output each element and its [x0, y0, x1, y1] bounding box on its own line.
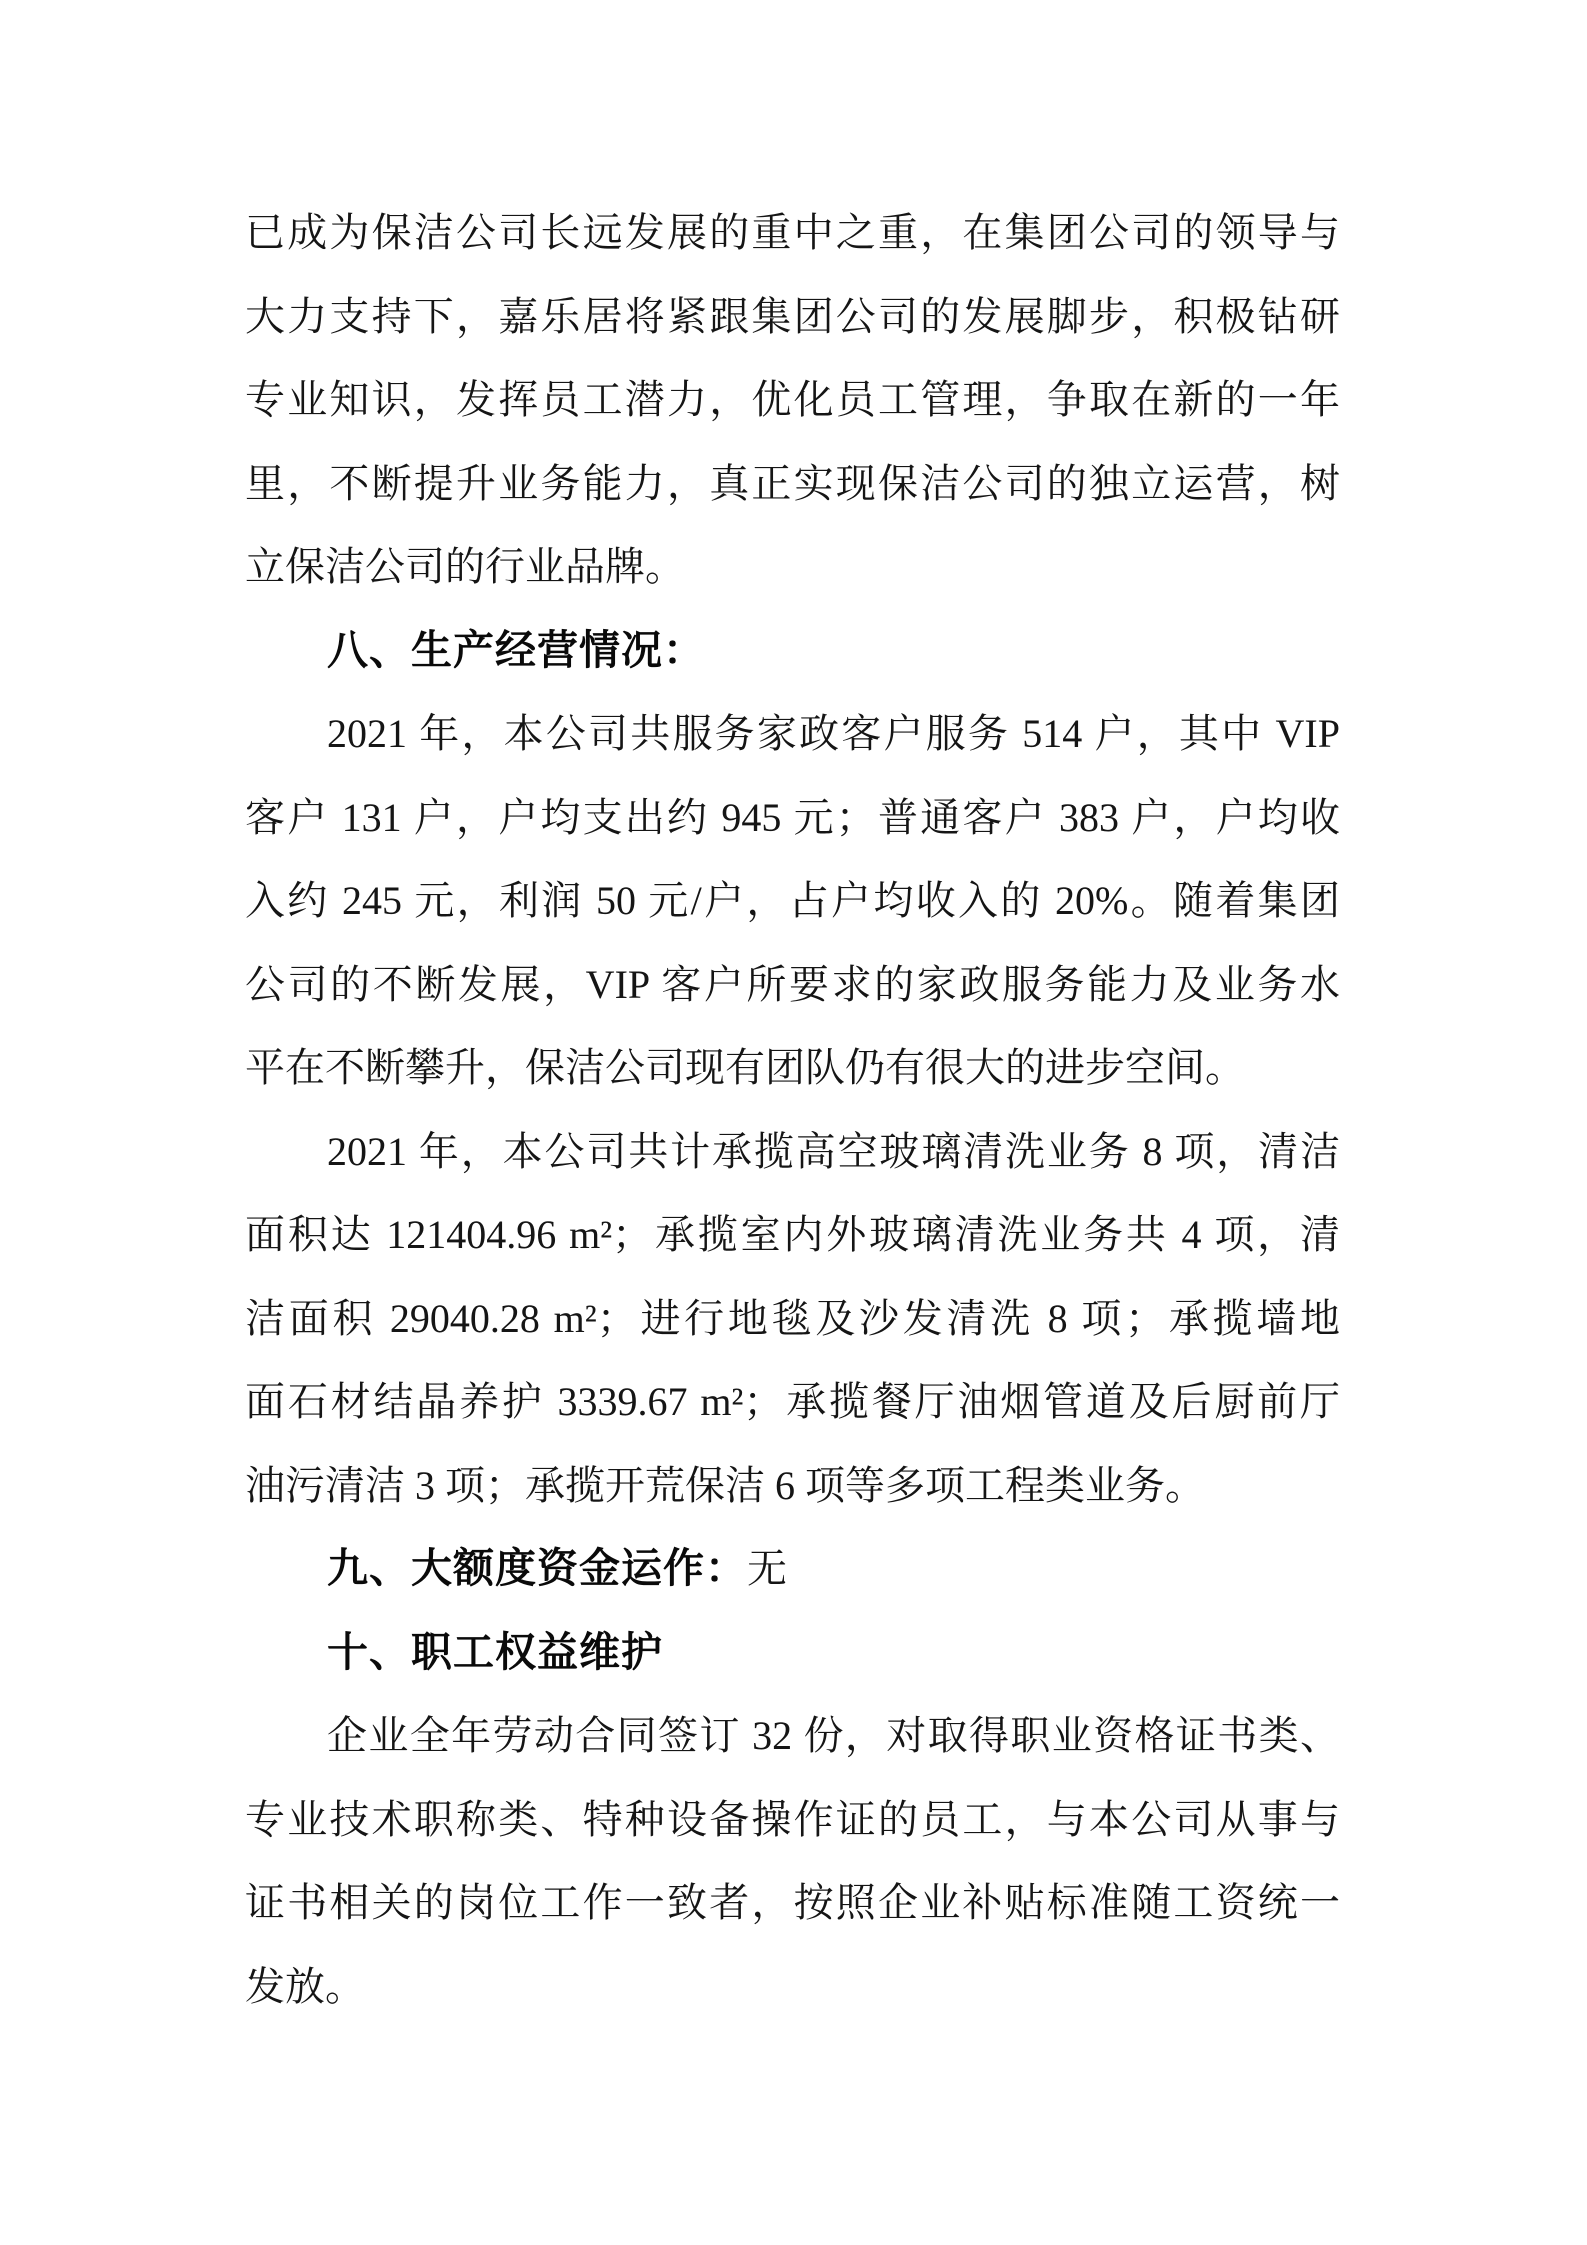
paragraph: 已成为保洁公司长远发展的重中之重，在集团公司的领导与 大力支持下，嘉乐居将紧跟集…: [245, 191, 1340, 609]
paragraph-line: 2021 年，本公司共计承揽高空玻璃清洗业务 8 项，清洁: [245, 1110, 1340, 1194]
paragraph-line: 大力支持下，嘉乐居将紧跟集团公司的发展脚步，积极钻研: [245, 275, 1340, 359]
paragraph-line: 立保洁公司的行业品牌。: [245, 525, 1340, 609]
section-heading-employee-rights: 十、职工权益维护: [245, 1611, 1340, 1695]
section-heading-value: 无: [747, 1546, 787, 1591]
section-heading-label: 九、大额度资金运作：: [327, 1544, 747, 1592]
paragraph-line: 里，不断提升业务能力，真正实现保洁公司的独立运营，树: [245, 442, 1340, 526]
paragraph-line: 客户 131 户，户均支出约 945 元；普通客户 383 户，户均收: [245, 776, 1340, 860]
paragraph-line: 洁面积 29040.28 m²；进行地毯及沙发清洗 8 项；承揽墙地: [245, 1277, 1340, 1361]
paragraph-line: 油污清洁 3 项；承揽开荒保洁 6 项等多项工程类业务。: [245, 1444, 1340, 1528]
paragraph-line: 入约 245 元，利润 50 元/户，占户均收入的 20%。随着集团: [245, 859, 1340, 943]
section-heading-large-fund-operations: 九、大额度资金运作：无: [245, 1527, 1340, 1611]
document-body: 已成为保洁公司长远发展的重中之重，在集团公司的领导与 大力支持下，嘉乐居将紧跟集…: [245, 191, 1340, 2028]
paragraph-line: 面积达 121404.96 m²；承揽室内外玻璃清洗业务共 4 项，清: [245, 1193, 1340, 1277]
paragraph: 2021 年，本公司共服务家政客户服务 514 户，其中 VIP 客户 131 …: [245, 692, 1340, 1110]
paragraph-line: 专业技术职称类、特种设备操作证的员工，与本公司从事与: [245, 1778, 1340, 1862]
paragraph-line: 公司的不断发展，VIP 客户所要求的家政服务能力及业务水: [245, 943, 1340, 1027]
paragraph-line: 已成为保洁公司长远发展的重中之重，在集团公司的领导与: [245, 191, 1340, 275]
paragraph: 企业全年劳动合同签订 32 份，对取得职业资格证书类、 专业技术职称类、特种设备…: [245, 1694, 1340, 2028]
paragraph-line: 2021 年，本公司共服务家政客户服务 514 户，其中 VIP: [245, 692, 1340, 776]
paragraph-line: 证书相关的岗位工作一致者，按照企业补贴标准随工资统一: [245, 1861, 1340, 1945]
paragraph-line: 平在不断攀升，保洁公司现有团队仍有很大的进步空间。: [245, 1026, 1340, 1110]
paragraph-line: 专业知识，发挥员工潜力，优化员工管理，争取在新的一年: [245, 358, 1340, 442]
document-page: 已成为保洁公司长远发展的重中之重，在集团公司的领导与 大力支持下，嘉乐居将紧跟集…: [0, 0, 1587, 2245]
paragraph: 2021 年，本公司共计承揽高空玻璃清洗业务 8 项，清洁 面积达 121404…: [245, 1110, 1340, 1528]
paragraph-line: 企业全年劳动合同签订 32 份，对取得职业资格证书类、: [245, 1694, 1340, 1778]
section-heading-production-operations: 八、生产经营情况：: [245, 609, 1340, 693]
paragraph-line: 发放。: [245, 1945, 1340, 2029]
paragraph-line: 面石材结晶养护 3339.67 m²；承揽餐厅油烟管道及后厨前厅: [245, 1360, 1340, 1444]
